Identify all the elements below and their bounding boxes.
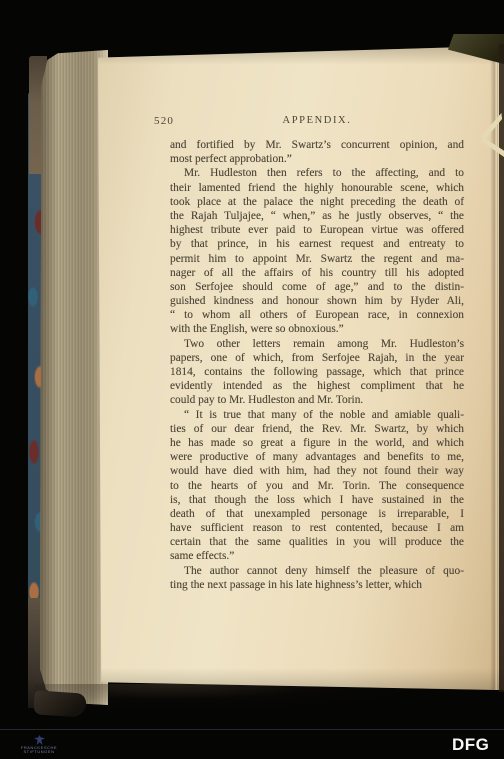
photo-edge-line <box>0 729 504 730</box>
text-line: 1814, contains the following passage, wh… <box>170 365 464 379</box>
book-page: 520 APPENDIX. and fortified by Mr. Swart… <box>98 42 504 694</box>
text-line: Mr. Hudleston then refers to the affecti… <box>170 166 464 180</box>
scanned-book-photo: 520 APPENDIX. and fortified by Mr. Swart… <box>0 0 504 759</box>
text-line: by that prince, in his earnest request a… <box>170 237 464 251</box>
text-line: guished kindness and honour shown him by… <box>170 294 464 308</box>
text-line: could pay to Mr. Hudleston and Mr. Torin… <box>170 393 464 407</box>
dfg-logo: DFG <box>452 735 489 755</box>
library-stamp: FRANCKESCHE STIFTUNGEN <box>13 735 65 757</box>
text-line: permit him to appoint Mr. Swartz the reg… <box>170 252 464 266</box>
running-header: 520 APPENDIX. <box>170 115 464 131</box>
text-line: ting the next passage in his late highne… <box>170 578 464 592</box>
text-line: with the English, were so obnoxious.” <box>170 322 464 336</box>
gutter-crease <box>490 42 498 694</box>
page-block-fore-edge <box>40 50 108 705</box>
library-stamp-line2: STIFTUNGEN <box>13 750 65 754</box>
text-line: “ to whom all others of European race, i… <box>170 308 464 322</box>
text-line: their lamented friend the highly honoura… <box>170 181 464 195</box>
text-line: “ It is true that many of the noble and … <box>170 408 464 422</box>
text-line: nager of all the affairs of his country … <box>170 266 464 280</box>
text-line: he has made so great a figure in the wor… <box>170 436 464 450</box>
text-line: have sufficient reason to rest contented… <box>170 521 464 535</box>
body-text: and fortified by Mr. Swartz’s concurrent… <box>170 138 464 592</box>
text-line: ties of our dear friend, the Rev. Mr. Sw… <box>170 422 464 436</box>
text-line: Two other letters remain among Mr. Hudle… <box>170 337 464 351</box>
text-line: and fortified by Mr. Swartz’s concurrent… <box>170 138 464 152</box>
text-line: death of that unexampled personage is ir… <box>170 507 464 521</box>
text-line: were productive of many advantages and b… <box>170 450 464 464</box>
text-line: certain that the same qualities in you w… <box>170 535 464 549</box>
text-line: to the hearts of you and Mr. Torin. The … <box>170 479 464 493</box>
text-line: son Serfojee should come of age,” and to… <box>170 280 464 294</box>
text-line: most perfect approbation.” <box>170 152 464 166</box>
text-line: took place at the palace the night prece… <box>170 195 464 209</box>
text-line: evidently intended as the highest compli… <box>170 379 464 393</box>
text-line: highest tribute ever paid to European vi… <box>170 223 464 237</box>
page-title: APPENDIX. <box>170 115 464 126</box>
text-line: the Rajah Tuljajee, “ when,” as he justl… <box>170 209 464 223</box>
page-number: 520 <box>154 115 174 127</box>
text-line: papers, one of which, from Serfojee Raja… <box>170 351 464 365</box>
text-line: same effects.” <box>170 549 464 563</box>
text-line: would have died with him, had they not f… <box>170 464 464 478</box>
binding-edge-right <box>499 44 504 692</box>
text-line: is, that though the loss which I have su… <box>170 493 464 507</box>
text-line: The author cannot deny himself the pleas… <box>170 564 464 578</box>
cover-corner-bottom <box>33 690 87 718</box>
